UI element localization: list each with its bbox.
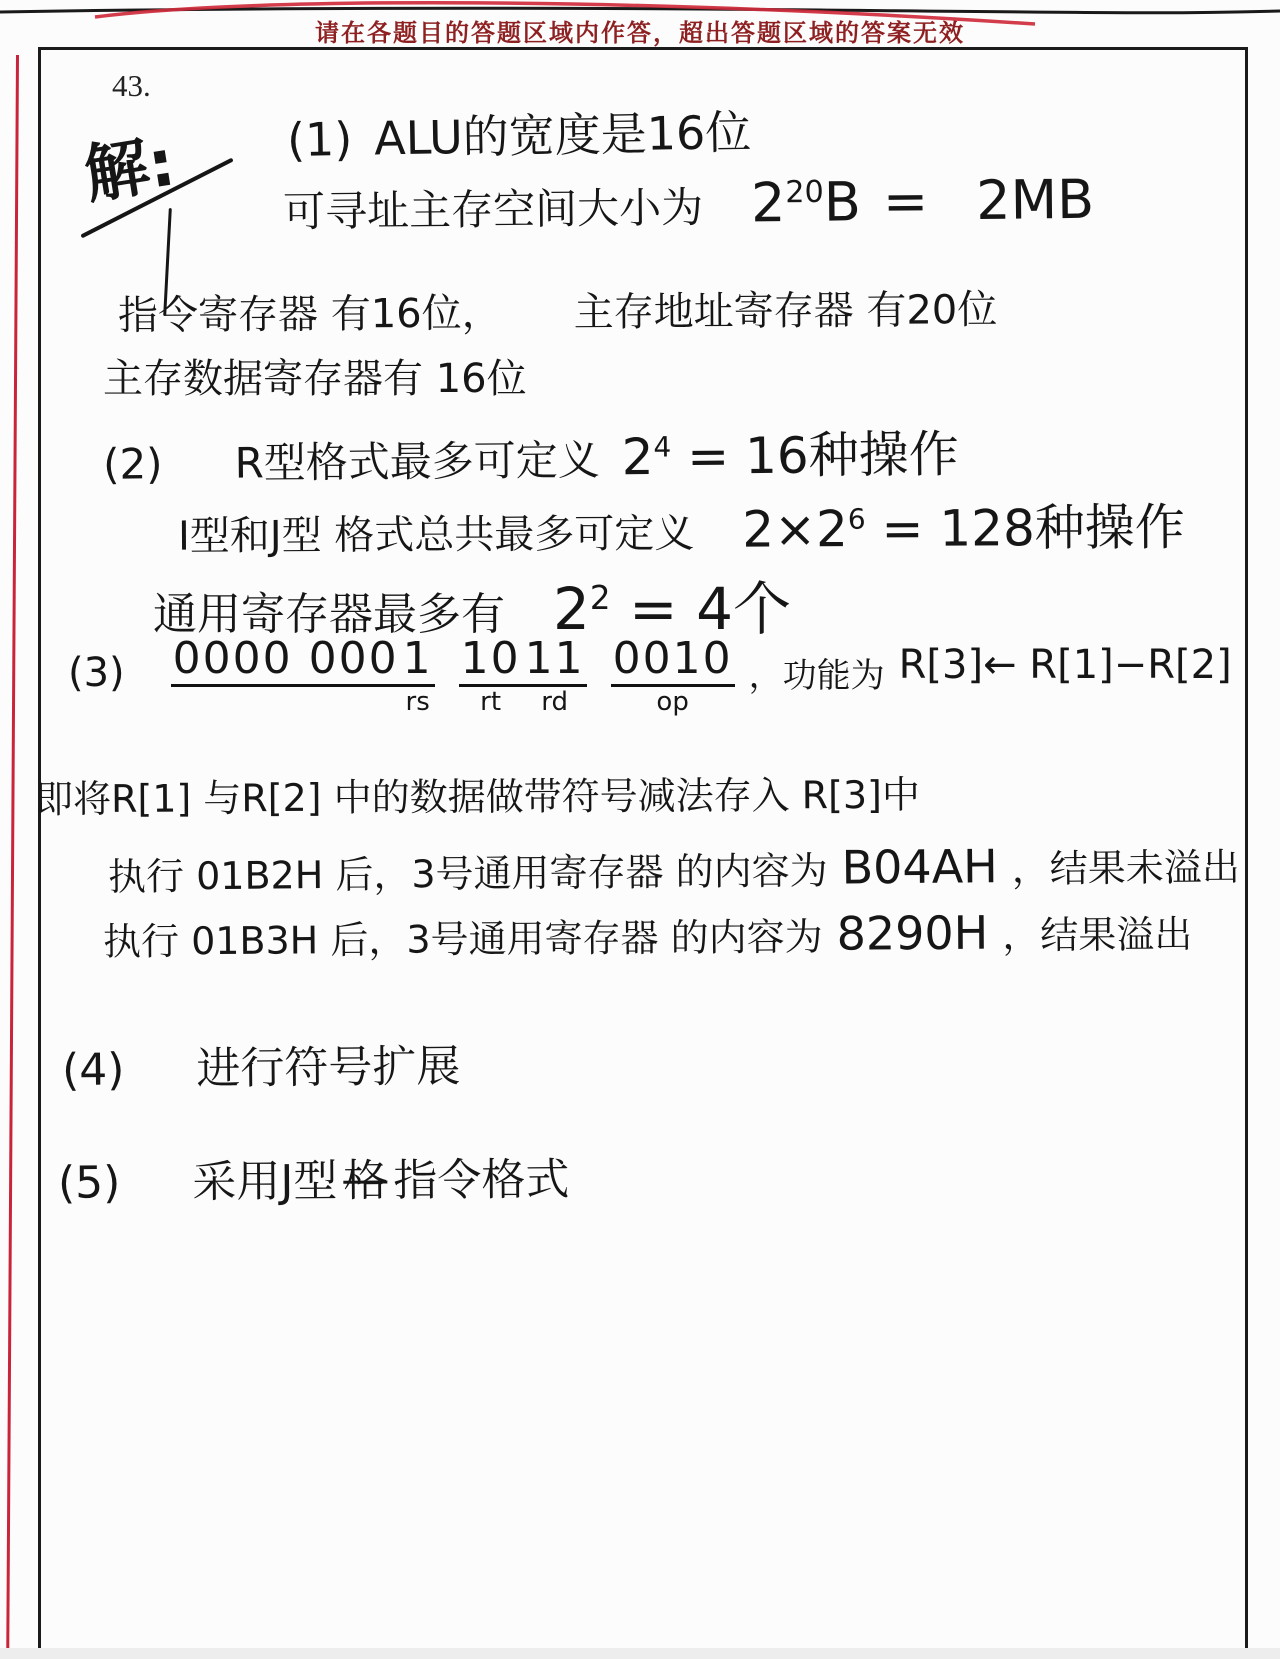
exec1-overflow-note: ，结果未溢出: [1012, 845, 1240, 891]
sign-extension-text: 进行符号扩展: [196, 1041, 461, 1095]
addr-space-prefix: 可寻址主存空间大小为: [283, 183, 704, 236]
crossed-out-char: 格: [343, 1155, 387, 1206]
bottom-scan-band: [0, 1648, 1280, 1659]
answer3-exec-01B2H: 执行 01B2H 后，3号通用寄存器 的内容为B04AH，结果未溢出: [108, 836, 1240, 901]
bit-field-rs: 1rs: [401, 636, 435, 715]
answer4-line: (4)进行符号扩展: [62, 1030, 461, 1098]
bit-field-high: 0000 000: [171, 636, 401, 689]
ij-type-prefix: I型和J型 格式总共最多可定义: [178, 511, 695, 560]
solution-marker: 解:: [77, 112, 180, 217]
answer2-line1: (2)R型格式最多可定义24 = 16种操作: [103, 414, 959, 493]
answer-sheet-scan: 请在各题目的答题区域内作答，超出答题区域的答案无效 43. 解: (1)ALU的…: [0, 0, 1280, 1659]
rtype-formula: 24 = 16种操作: [621, 425, 958, 486]
exec2-result-value: 8290H: [836, 906, 988, 961]
answer4-number: (4): [62, 1044, 125, 1096]
answer2-number: (2): [103, 439, 163, 489]
header-notice: 请在各题目的答题区域内作答，超出答题区域的答案无效: [0, 13, 1280, 48]
exec1-result-value: B04AH: [841, 839, 998, 894]
answer1-line2: 可寻址主存空间大小为220B=2MB: [283, 168, 1095, 239]
exec2-prefix: 执行 01B3H 后，3号通用寄存器 的内容为: [103, 915, 823, 964]
ir-bits: 指令寄存器 有16位，: [118, 290, 502, 339]
answer5-number: (5): [58, 1157, 121, 1208]
question-number: 43.: [112, 68, 151, 104]
jtype-suffix: 指令格式: [393, 1154, 569, 1206]
jtype-prefix: 采用J型: [192, 1156, 337, 1208]
answer1-number: (1): [287, 112, 353, 167]
rtype-prefix: R型格式最多可定义: [234, 435, 600, 487]
exec2-overflow-note: ，结果溢出: [1002, 912, 1192, 957]
answer5-line: (5)采用J型格指令格式: [58, 1143, 570, 1211]
ij-type-formula: 2×26 = 128种操作: [742, 498, 1185, 558]
answer2-line2: I型和J型 格式总共最多可定义2×26 = 128种操作: [178, 487, 1185, 564]
answer3-line1: (3) 0000 000 1rs 10rt 11rd 0010op ，功能为 R…: [68, 636, 1232, 715]
answer1-line3: 指令寄存器 有16位，主存地址寄存器 有20位: [118, 278, 998, 341]
register-transfer-expression: R[3]← R[1]−R[2]: [899, 642, 1232, 688]
mdr-bits: 主存数据寄存器有 16位: [103, 356, 527, 402]
bit-field-op: 0010op: [611, 636, 735, 715]
answer1-line1: (1)ALU的宽度是16位: [286, 96, 751, 170]
bit-field-rt: 10rt: [459, 636, 523, 715]
answer1-alu-width: ALU的宽度是16位: [374, 105, 752, 166]
answer1-line4: 主存数据寄存器有 16位: [103, 347, 527, 404]
function-label: ，功能为: [749, 648, 885, 697]
bit-field-rd: 11rd: [523, 636, 587, 715]
addr-space-formula: 220B=2MB: [751, 168, 1095, 235]
red-margin-line: [6, 55, 19, 1651]
answer3-exec-01B3H: 执行 01B3H 后，3号通用寄存器 的内容为8290H，结果溢出: [103, 903, 1193, 966]
answer3-number: (3): [68, 650, 125, 696]
exec1-prefix: 执行 01B2H 后，3号通用寄存器 的内容为: [108, 849, 828, 899]
mar-bits: 主存地址寄存器 有20位: [573, 287, 997, 336]
answer3-explanation: 即将R[1] 与R[2] 中的数据做带符号减法存入 R[3]中: [35, 764, 920, 824]
